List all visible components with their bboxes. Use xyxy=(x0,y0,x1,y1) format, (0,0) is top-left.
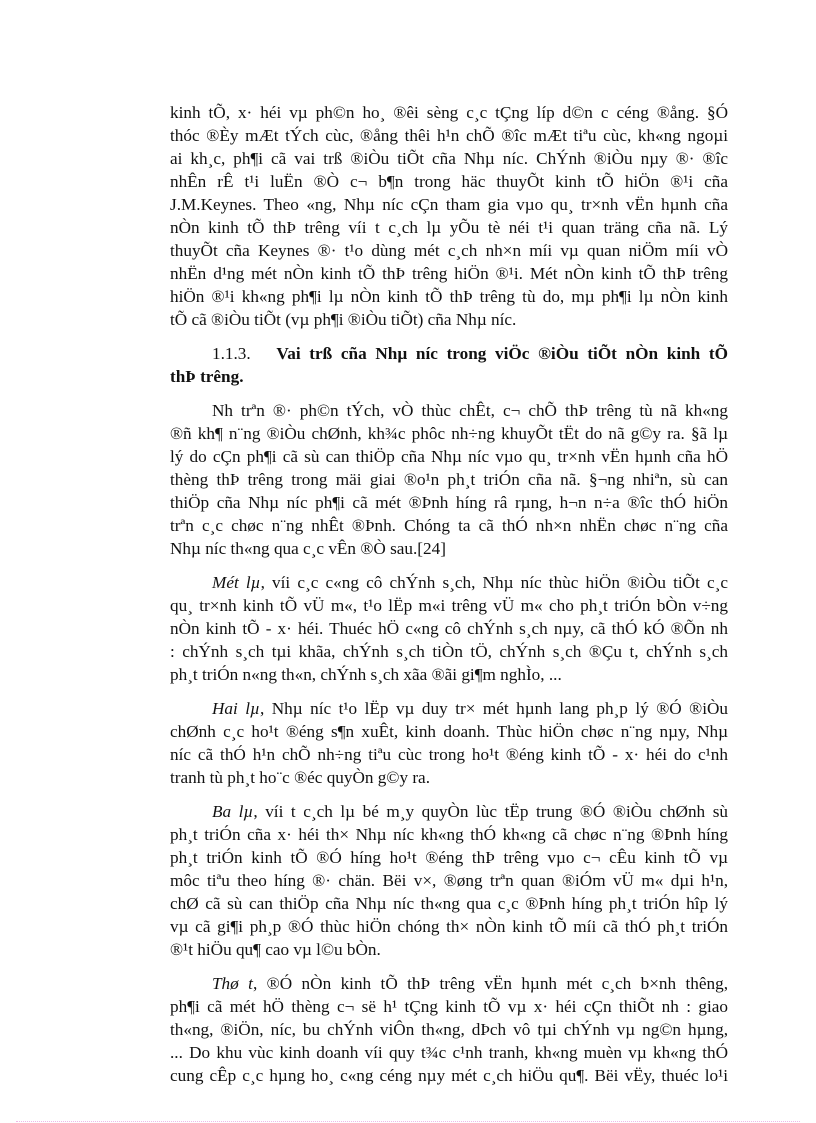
text-line: nhÊn rÊ t¹i luËn ®Ò c¬ b¶n trong häc thu… xyxy=(170,170,728,193)
text-line: thiÖp cña Nhµ n­íc ph¶i cã mét ®Þnh h­ín… xyxy=(170,491,728,514)
point-lead: Hai lµ xyxy=(212,699,260,718)
text-line: qu¸ tr×nh kinh tÕ vÜ m«, t¹o lËp m«i tr­… xyxy=(170,594,728,617)
text-line: ai kh¸c, ph¶i cã vai trß ®iÒu tiÕt cña N… xyxy=(170,147,728,170)
text-line: tÕ cã ®iÒu tiÕt (vµ ph¶i ®iÒu tiÕt) cña … xyxy=(170,308,728,331)
text-line: th«ng, ®iÖn, n­íc, b­u chÝnh viÔn th«ng,… xyxy=(170,1018,728,1041)
text-line: ... Do khu vùc kinh doanh víi quy t¾c c¹… xyxy=(170,1041,728,1064)
text-line: Thø t­, ®Ó nÒn kinh tÕ thÞ tr­êng vËn hµ… xyxy=(170,972,728,995)
text-line: thóc ®Èy mÆt tÝch cùc, ®ång thêi h¹n chÕ… xyxy=(170,124,728,147)
text-line: nÒn kinh tÕ thÞ tr­êng víi t­ c¸ch lµ yÕ… xyxy=(170,216,728,239)
point-lead: Mét lµ xyxy=(212,573,261,592)
text-line: ph¸t triÓn n«ng th«n, chÝnh s¸ch xãa ®ãi… xyxy=(170,663,728,686)
text-line: thuyÕt cña Keynes ®· t¹o dùng mét c¸ch n… xyxy=(170,239,728,262)
text-line: trªn c¸c chøc n¨ng nhÊt ®Þnh. Chóng ta c… xyxy=(170,514,728,537)
document-page: kinh tÕ, x· héi vµ ph©n ho¸ ®êi sèng c¸c… xyxy=(170,101,728,1087)
text-line: chØnh c¸c ho¹t ®éng s¶n xuÊt, kinh doanh… xyxy=(170,720,728,743)
text-line: môc tiªu theo h­íng ®· chän. Bëi v×, ®øn… xyxy=(170,869,728,892)
page-bottom-dotted-rule xyxy=(16,1121,800,1122)
text-line: ®ñ kh¶ n¨ng ®iÒu chØnh, kh¾c phôc nh÷ng … xyxy=(170,422,728,445)
point-lead: Ba lµ xyxy=(212,802,253,821)
section-number: 1.1.3. xyxy=(212,344,251,363)
text-line: Mét lµ, víi c¸c c«ng cô chÝnh s¸ch, Nhµ … xyxy=(170,571,728,594)
paragraph-intro: Nh­ trªn ®· ph©n tÝch, vÒ thùc chÊt, c¬ … xyxy=(170,399,728,560)
point-lead: Thø t­ xyxy=(212,974,253,993)
text-line: : chÝnh s¸ch tµi khãa, chÝnh s¸ch tiÒn t… xyxy=(170,640,728,663)
text-line: n­íc cã thÓ h¹n chÕ nh÷ng tiªu cùc trong… xyxy=(170,743,728,766)
heading-line: 1.1.3. Vai trß cña Nhµ n­íc trong viÖc ®… xyxy=(170,342,728,365)
paragraph-third-point: Ba lµ, víi t­ c¸ch lµ bé m¸y quyÒn lùc t… xyxy=(170,800,728,961)
text-line: kinh tÕ, x· héi vµ ph©n ho¸ ®êi sèng c¸c… xyxy=(170,101,728,124)
paragraph-second-point: Hai lµ, Nhµ n­íc t¹o lËp vµ duy tr× mét … xyxy=(170,697,728,789)
text-line: hiÖn ®¹i kh«ng ph¶i lµ nÒn kinh tÕ thÞ t… xyxy=(170,285,728,308)
text-line: vµ cã gi¶i ph¸p ®Ó thùc hiÖn chóng th× n… xyxy=(170,915,728,938)
text-line: tranh tù ph¸t ho¨c ®éc quyÒn g©y ra. xyxy=(170,766,728,789)
text-line: thèng thÞ tr­êng trong mäi giai ®o¹n ph¸… xyxy=(170,468,728,491)
text-line: ®¹t hiÖu qu¶ cao vµ l©u bÒn. xyxy=(170,938,728,961)
text-line: J.M.Keynes. Theo «ng, Nhµ n­íc cÇn tham … xyxy=(170,193,728,216)
text-line: lý do cÇn ph¶i cã sù can thiÖp cña Nhµ n… xyxy=(170,445,728,468)
paragraph-first-point: Mét lµ, víi c¸c c«ng cô chÝnh s¸ch, Nhµ … xyxy=(170,571,728,686)
text-line: Nhµ n­íc th«ng qua c¸c vÊn ®Ò sau.[24] xyxy=(170,537,728,560)
text-line: ph¶i cã mét hÖ thèng c¬ së h¹ tÇng kinh … xyxy=(170,995,728,1018)
section-heading: 1.1.3. Vai trß cña Nhµ n­íc trong viÖc ®… xyxy=(170,342,728,388)
text-line: nÒn kinh tÕ - x· héi. Thuéc hÖ c«ng cô c… xyxy=(170,617,728,640)
text-line: Nh­ trªn ®· ph©n tÝch, vÒ thùc chÊt, c¬ … xyxy=(170,399,728,422)
paragraph-keynes: kinh tÕ, x· héi vµ ph©n ho¸ ®êi sèng c¸c… xyxy=(170,101,728,331)
text-line: nhËn d¹ng mét nÒn kinh tÕ thÞ tr­êng hiÖ… xyxy=(170,262,728,285)
text-line: cung cÊp c¸c hµng ho¸ c«ng céng nµy mét … xyxy=(170,1064,728,1087)
text-line: ph¸t triÓn kinh tÕ ®Ó h­íng ho¹t ®éng th… xyxy=(170,846,728,869)
text-line: ph¸t triÓn cña x· héi th× Nhµ n­íc kh«ng… xyxy=(170,823,728,846)
text-line: Ba lµ, víi t­ c¸ch lµ bé m¸y quyÒn lùc t… xyxy=(170,800,728,823)
text-line: Hai lµ, Nhµ n­íc t¹o lËp vµ duy tr× mét … xyxy=(170,697,728,720)
paragraph-fourth-point: Thø t­, ®Ó nÒn kinh tÕ thÞ tr­êng vËn hµ… xyxy=(170,972,728,1087)
text-line: chØ cã sù can thiÖp cña Nhµ n­íc th«ng q… xyxy=(170,892,728,915)
section-title: Vai trß cña Nhµ n­íc trong viÖc ®iÒu tiÕ… xyxy=(276,344,728,363)
heading-line: thÞ tr­êng. xyxy=(170,365,728,388)
